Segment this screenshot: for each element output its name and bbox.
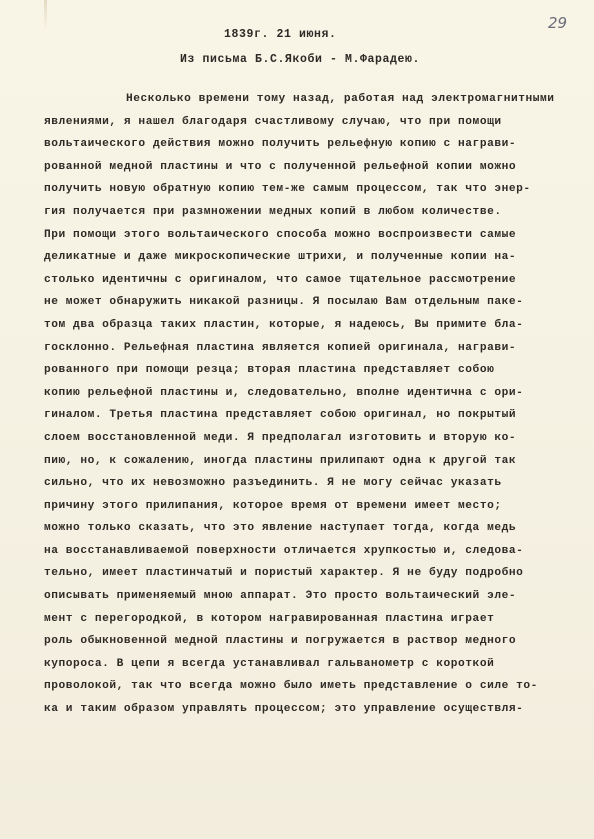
text-line: копию рельефной пластины и, следовательн… xyxy=(44,382,582,405)
text-line: проволокой, так что всегда можно было им… xyxy=(44,675,582,698)
text-line: вольтаического действия можно получить р… xyxy=(44,133,582,156)
paper-crease xyxy=(44,0,47,30)
text-line: рованной медной пластины и что с получен… xyxy=(44,156,582,179)
letter-body: Несколько времени тому назад, работая на… xyxy=(82,88,582,721)
text-line: не может обнаружить никакой разницы. Я п… xyxy=(44,291,582,314)
text-line: на восстанавливаемой поверхности отличае… xyxy=(44,540,582,563)
document-page: 29 1839г. 21 июня. Из письма Б.С.Якоби -… xyxy=(0,0,594,839)
text-line: описывать применяемый мною аппарат. Это … xyxy=(44,585,582,608)
text-line: ка и таким образом управлять процессом; … xyxy=(44,698,582,721)
page-number: 29 xyxy=(548,14,567,32)
text-line: можно только сказать, что это явление на… xyxy=(44,517,582,540)
date-line: 1839г. 21 июня. xyxy=(224,28,337,41)
text-line: явлениями, я нашел благодаря счастливому… xyxy=(44,111,582,134)
text-line: том два образца таких пластин, которые, … xyxy=(44,314,582,337)
text-line: столько идентичны с оригиналом, что само… xyxy=(44,269,582,292)
text-line: При помощи этого вольтаического способа … xyxy=(44,224,582,247)
text-line: тельно, имеет пластинчатый и пористый ха… xyxy=(44,562,582,585)
text-line: пию, но, к сожалению, иногда пластины пр… xyxy=(44,450,582,473)
text-line: деликатные и даже микроскопические штрих… xyxy=(44,246,582,269)
text-line: госклонно. Рельефная пластина является к… xyxy=(44,337,582,360)
text-line: получить новую обратную копию тем-же сам… xyxy=(44,178,582,201)
text-line: гиналом. Третья пластина представляет со… xyxy=(44,404,582,427)
text-line: слоем восстановленной меди. Я предполага… xyxy=(44,427,582,450)
text-line: причину этого прилипания, которое время … xyxy=(44,495,582,518)
text-line: рованного при помощи резца; вторая пласт… xyxy=(44,359,582,382)
text-line: гия получается при размножении медных ко… xyxy=(44,201,582,224)
text-line: купороса. В цепи я всегда устанавливал г… xyxy=(44,653,582,676)
text-line: мент с перегородкой, в котором награвиро… xyxy=(44,608,582,631)
letter-subtitle: Из письма Б.С.Якоби - М.Фарадею. xyxy=(180,53,420,66)
text-line: Несколько времени тому назад, работая на… xyxy=(82,88,582,111)
text-line: сильно, что их невозможно разъединить. Я… xyxy=(44,472,582,495)
text-line: роль обыкновенной медной пластины и погр… xyxy=(44,630,582,653)
